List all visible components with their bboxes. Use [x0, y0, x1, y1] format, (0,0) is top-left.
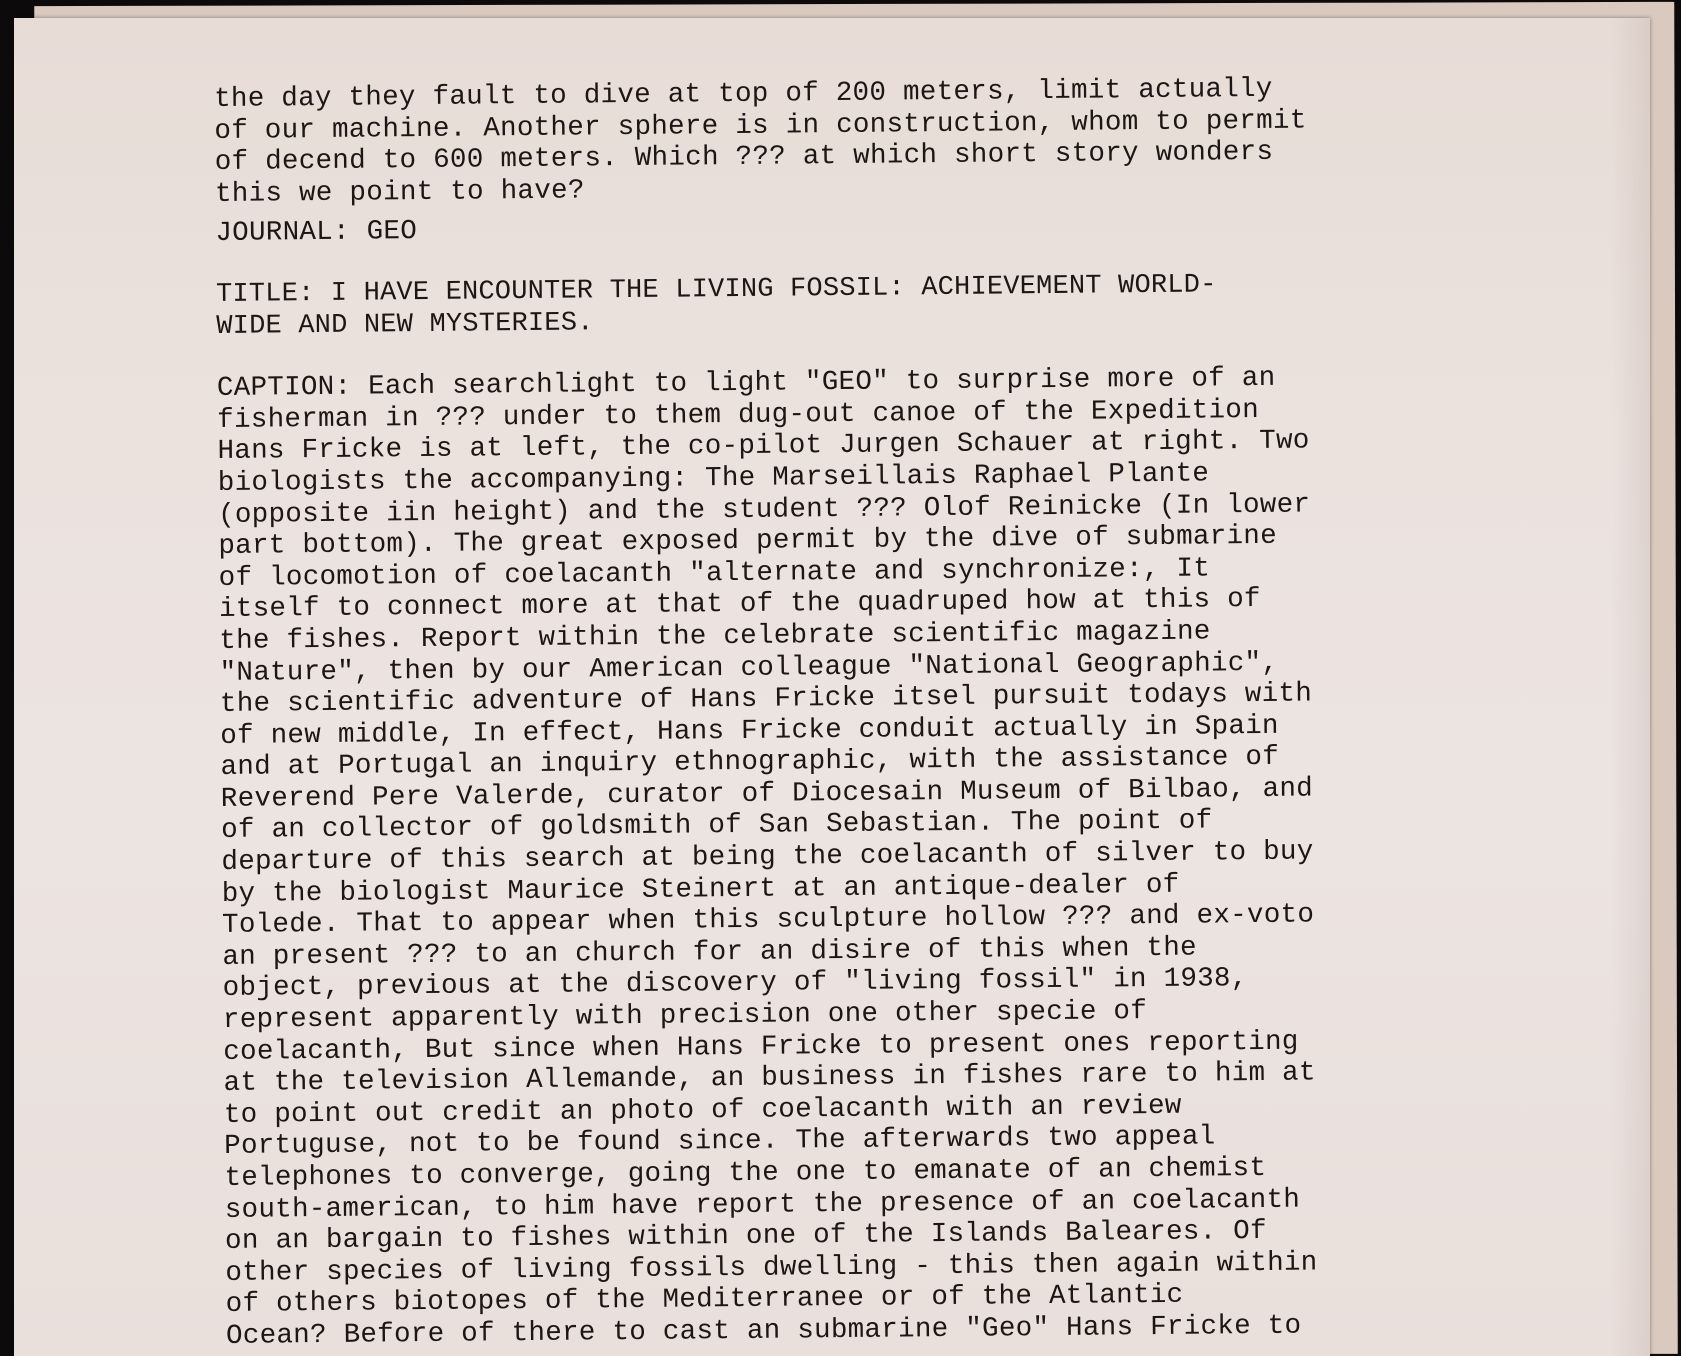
document-page: the day they fault to dive at top of 200…: [14, 18, 1650, 1356]
typewritten-text: the day they fault to dive at top of 200…: [214, 72, 1526, 1353]
intro-paragraph: the day they fault to dive at top of 200…: [214, 72, 1515, 211]
caption-paragraph: CAPTION: Each searchlight to light "GEO"…: [217, 361, 1526, 1353]
page-edge-shadow: [1610, 18, 1650, 1356]
